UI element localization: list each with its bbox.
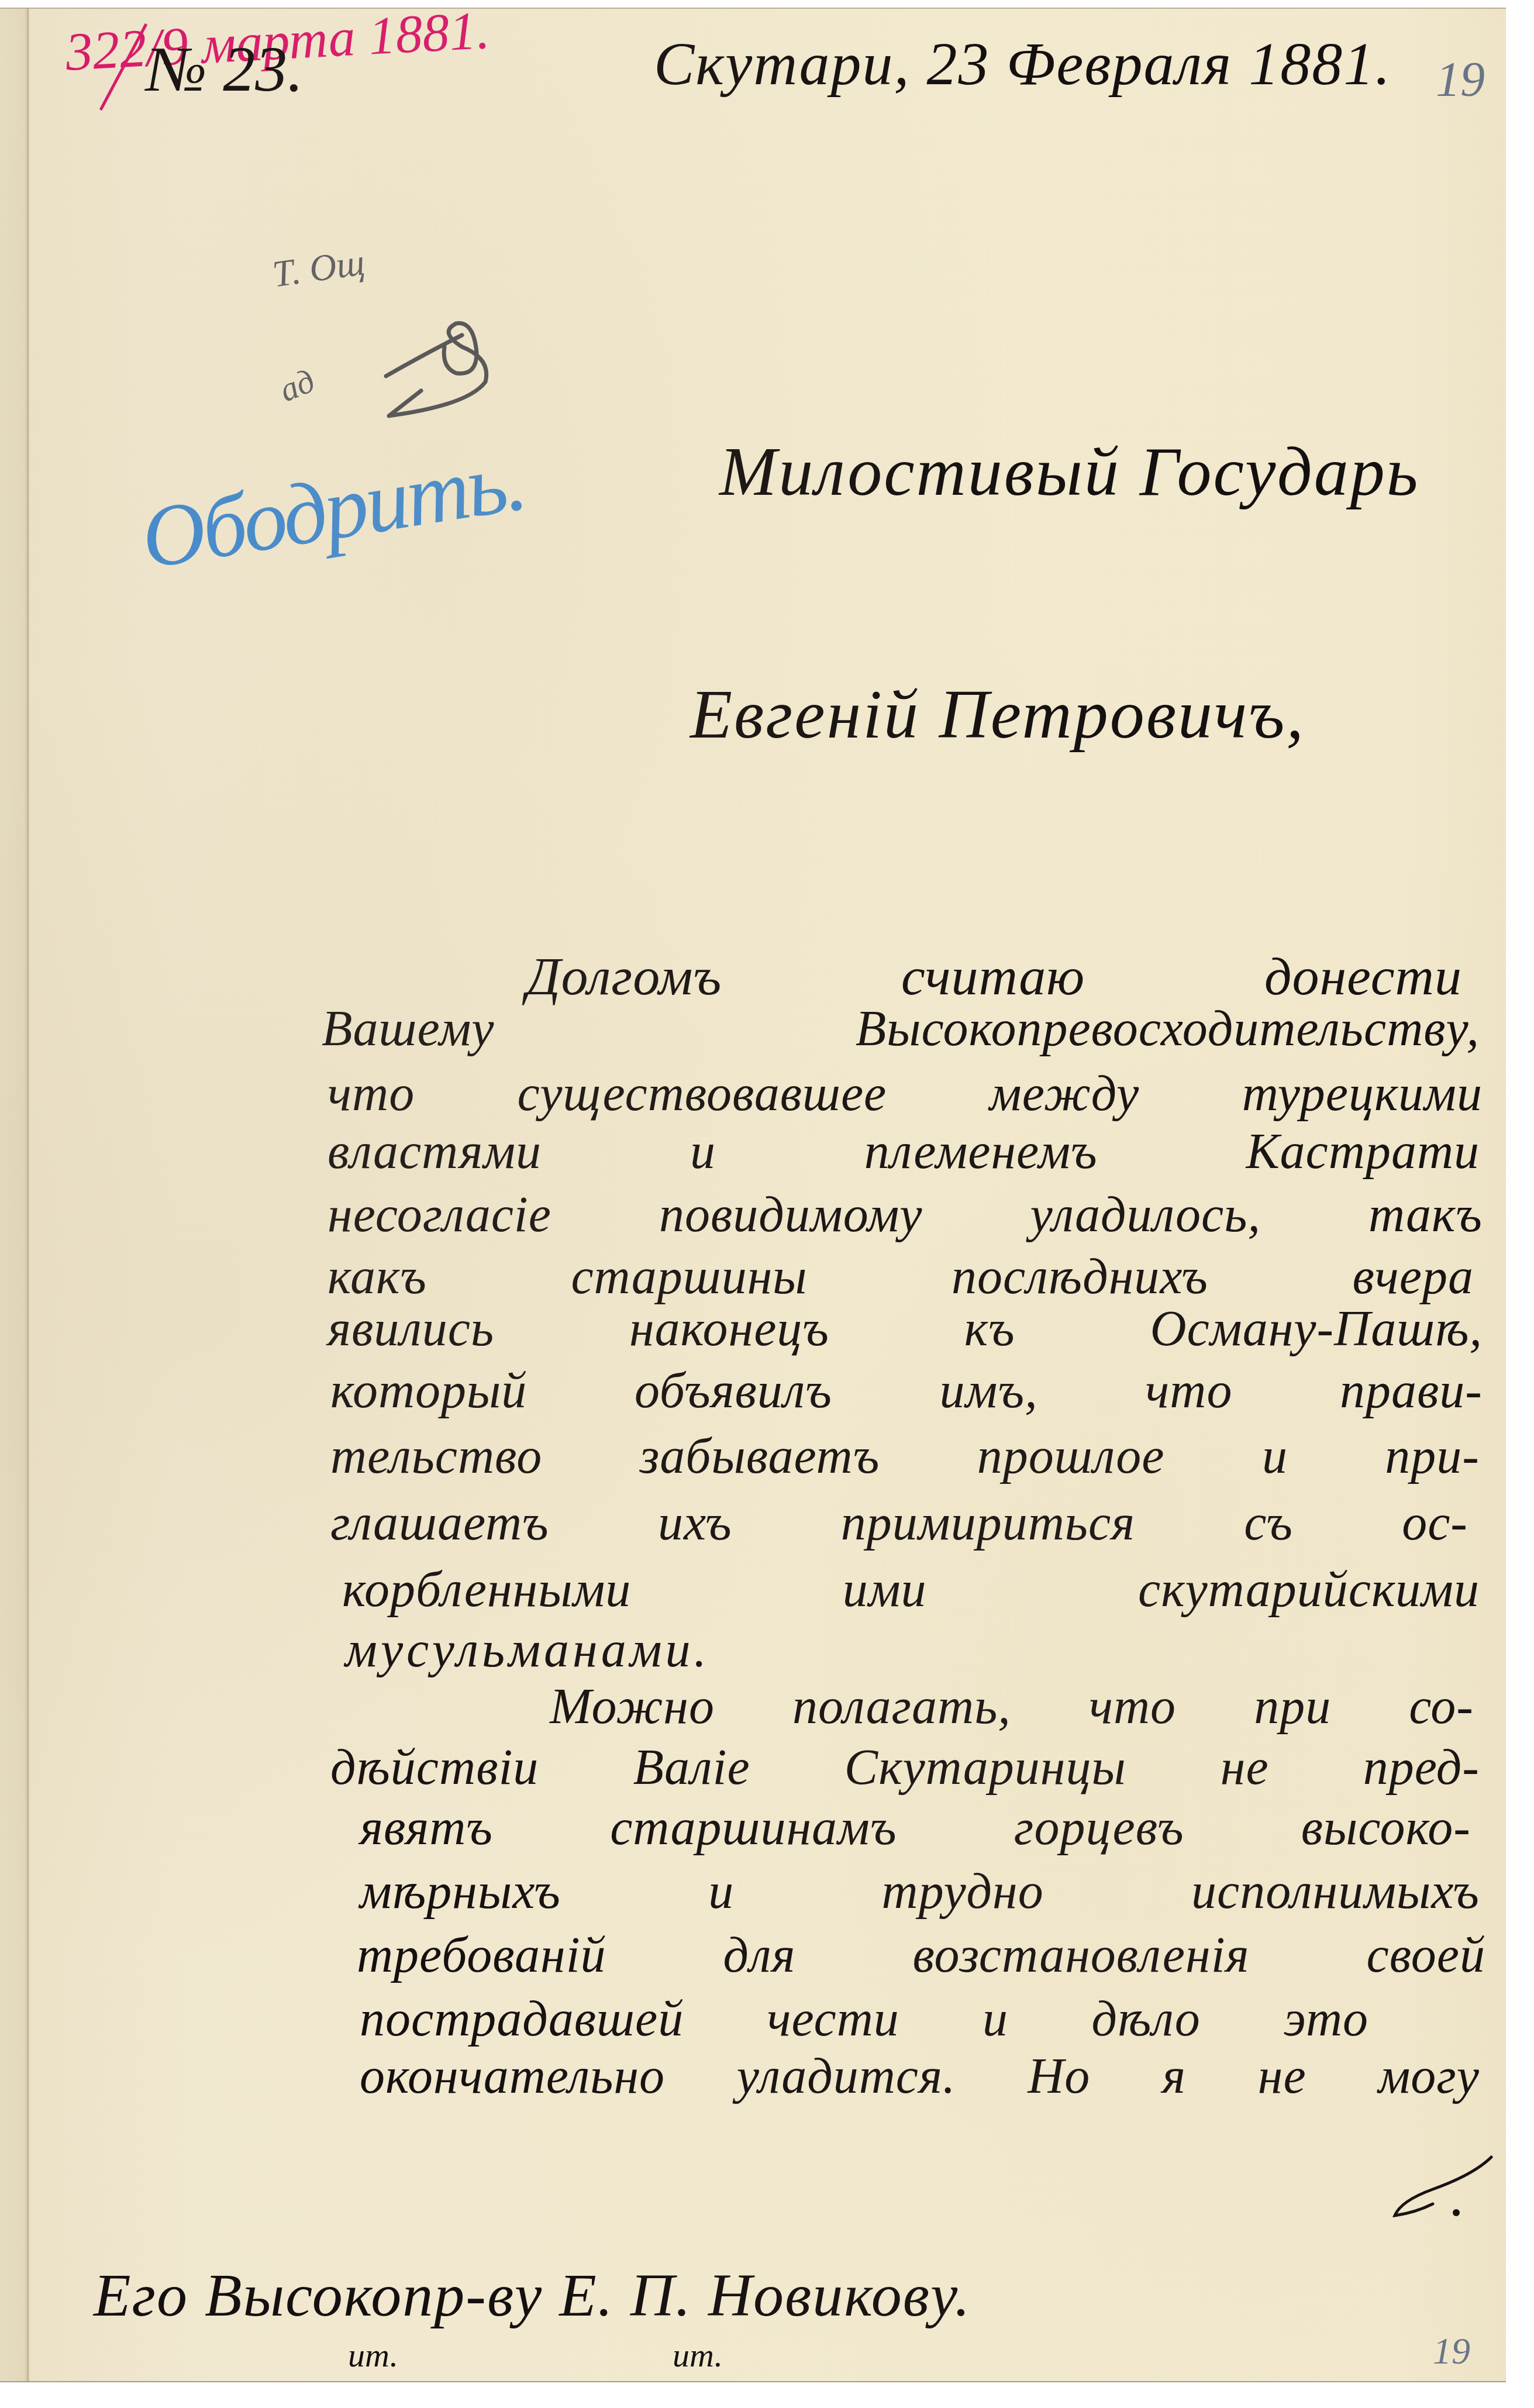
catchword-flourish bbox=[1392, 2148, 1509, 2224]
body-line: корбленными ими скутарийскими bbox=[342, 1564, 1480, 1614]
body-line: явились наконецъ къ Осману-Пашѣ, bbox=[328, 1303, 1483, 1353]
page-fold-line bbox=[27, 8, 29, 2382]
body-line: Вашему Высокопревосходительству, bbox=[322, 1003, 1480, 1053]
body-line: Долгомъ считаю донести bbox=[526, 949, 1462, 1003]
addressee-sub-note-2: ит. bbox=[673, 2338, 723, 2372]
body-line: что существовавшее между турецкими bbox=[328, 1068, 1483, 1118]
body-line: который объявилъ имъ, что прави- bbox=[330, 1365, 1483, 1415]
pencil-initial-signature bbox=[374, 312, 503, 429]
body-line: какъ старшины послѣднихъ вчера bbox=[328, 1251, 1474, 1301]
body-line: мусульманами. bbox=[345, 1624, 754, 1675]
salutation-line-1: Милостивый Государь bbox=[719, 437, 1419, 507]
pencil-note-t-osch: Т. Ощ bbox=[270, 243, 367, 293]
addressee-line: Его Высокопр-ву Е. П. Новикову. bbox=[94, 2265, 971, 2326]
body-line: дѣйствіи Валіе Скутаринцы не пред- bbox=[330, 1742, 1480, 1792]
folio-number-top: 19 bbox=[1436, 56, 1485, 105]
body-line: несогласіе повидимому уладилось, такъ bbox=[328, 1189, 1483, 1239]
body-line: явятъ старшинамъ горцевъ высоко- bbox=[360, 1802, 1471, 1852]
document-number: № 23. bbox=[146, 37, 304, 101]
blue-pencil-note: Ободрить. bbox=[136, 436, 530, 583]
body-line: требованій для возстановленія своей bbox=[357, 1930, 1485, 1980]
body-line: окончательно уладится. Но я не могу bbox=[360, 2051, 1480, 2101]
place-date-heading: Скутари, 23 Февраля 1881. bbox=[654, 34, 1391, 95]
folio-number-bottom: 19 bbox=[1433, 2333, 1470, 2370]
salutation-line-2: Евгеній Петровичъ, bbox=[690, 680, 1305, 749]
body-line: мѣрныхъ и трудно исполнимыхъ bbox=[360, 1866, 1480, 1916]
body-line: властями и племенемъ Кастрати bbox=[328, 1126, 1480, 1176]
body-line: глашаетъ ихъ примириться съ ос- bbox=[330, 1497, 1468, 1548]
addressee-sub-note-1: ит. bbox=[348, 2338, 398, 2372]
letter-page: 322/9 марта 1881. № 23. Скутари, 23 Февр… bbox=[0, 8, 1506, 2382]
pencil-note-ad: ад bbox=[275, 363, 319, 408]
body-line: тельство забываетъ прошлое и при- bbox=[330, 1431, 1480, 1481]
body-line: Можно полагать, что при со- bbox=[550, 1681, 1474, 1731]
body-line: пострадавшей чести и дѣло это bbox=[360, 1993, 1368, 2044]
